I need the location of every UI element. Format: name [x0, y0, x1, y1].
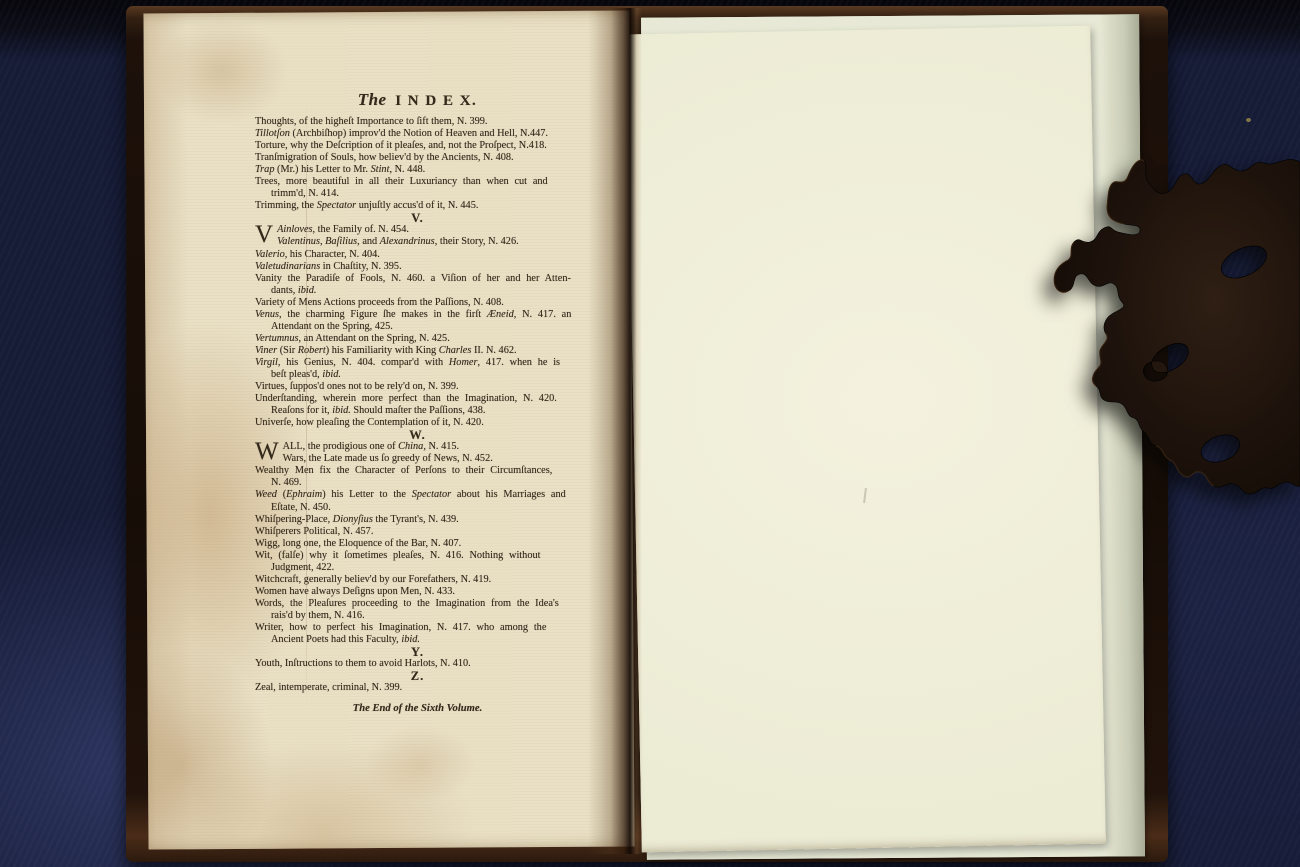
- index-entry-line: Weed (Ephraim) his Letter to the Spectat…: [255, 489, 580, 501]
- text-segment: Tranſmigration of Souls, how believ'd by…: [255, 152, 514, 163]
- page-title: The I N D E X.: [255, 90, 580, 110]
- index-entry-line: dants, ibid.: [255, 285, 580, 297]
- text-segment: Venus: [255, 309, 279, 320]
- text-segment: about his Marriages and: [451, 489, 566, 500]
- index-entry-line: Whiſpering-Place, Dionyſius the Tyrant's…: [255, 514, 580, 526]
- text-segment: , an Attendant on the Spring, N. 425.: [298, 333, 449, 344]
- index-entry-line: Eſtate, N. 450.: [255, 502, 580, 514]
- index-section: Thoughts, of the higheſt Importance to ſ…: [255, 116, 580, 212]
- index-entry-line: Women have always Deſigns upon Men, N. 4…: [255, 586, 580, 598]
- text-segment: , their Story, N. 426.: [435, 236, 519, 247]
- index-entry-line: Judgment, 422.: [255, 562, 580, 574]
- text-segment: Variety of Mens Actions proceeds from th…: [255, 297, 504, 308]
- text-segment: unjuſtly accus'd of it, N. 445.: [356, 200, 478, 211]
- text-segment: Judgment, 422.: [271, 562, 334, 573]
- metal-clasp-svg: [1052, 138, 1300, 498]
- index-entry-line: Reaſons for it, ibid. Should maſter the …: [255, 405, 580, 417]
- text-segment: Trap: [255, 164, 274, 175]
- text-segment: Youth, Inſtructions to them to avoid Har…: [255, 658, 471, 669]
- drop-cap: V: [255, 224, 277, 247]
- index-entry-line: Zeal, intemperate, criminal, N. 399.: [255, 682, 580, 694]
- text-segment: Torture, why the Deſcription of it pleaſ…: [255, 140, 547, 151]
- text-segment: , the Family of. N. 454.: [313, 224, 409, 235]
- index-entry-line: beſt pleas'd, ibid.: [255, 369, 580, 381]
- text-segment: , 417. when he is: [477, 357, 560, 368]
- text-segment: Wit, (falſe) why it ſometimes pleaſes, N…: [255, 550, 540, 561]
- index-entry-line: Trap (Mr.) his Letter to Mr. Stint, N. 4…: [255, 164, 580, 176]
- text-segment: Whiſpering-Place,: [255, 514, 333, 525]
- text-segment: Stint: [371, 164, 390, 175]
- text-segment: Ephraim: [286, 489, 322, 500]
- text-segment: Valentinus: [277, 236, 320, 247]
- text-segment: Witchcraft, generally believ'd by our Fo…: [255, 574, 491, 585]
- text-segment: Wigg, long one, the Eloquence of the Bar…: [255, 538, 461, 549]
- index-entry-line: Valetudinarians in Chaſtity, N. 395.: [255, 261, 580, 273]
- index-entry-line: Virtues, ſuppos'd ones not to be rely'd …: [255, 381, 580, 393]
- text-segment: beſt pleas'd,: [271, 369, 322, 380]
- text-segment: dants,: [271, 285, 298, 296]
- text-segment: Whiſperers Political, N. 457.: [255, 526, 373, 537]
- drop-cap: W: [255, 441, 283, 464]
- section-heading: Z.: [255, 670, 580, 682]
- text-segment: Viner: [255, 345, 277, 356]
- text-segment: , his Genius, N. 404. compar'd with: [278, 357, 449, 368]
- text-segment: N. 469.: [271, 477, 302, 488]
- text-segment: Valerio: [255, 249, 285, 260]
- text-segment: Æneid: [487, 309, 514, 320]
- text-segment: Charles: [439, 345, 472, 356]
- fabric-speck: [1246, 118, 1251, 122]
- text-segment: Alexandrinus: [380, 236, 435, 247]
- index-text-column: The I N D E X. Thoughts, of the higheſt …: [255, 90, 580, 715]
- text-segment: ibid.: [401, 634, 420, 645]
- index-entry-line: Wars, the Late made us ſo greedy of News…: [255, 453, 580, 465]
- text-segment: , N. 417. an: [514, 309, 572, 320]
- index-section: Y.Youth, Inſtructions to them to avoid H…: [255, 646, 580, 670]
- text-segment: , the charming Figure ſhe makes in the f…: [279, 309, 487, 320]
- text-segment: Weed: [255, 489, 277, 500]
- text-segment: Underſtanding, wherein more perfect than…: [255, 393, 557, 404]
- volume-end-note: The End of the Sixth Volume.: [255, 703, 580, 715]
- text-segment: Ainloves: [277, 224, 312, 235]
- index-entry-line: Torture, why the Deſcription of it pleaſ…: [255, 140, 580, 152]
- index-entry-line: Wealthy Men fix the Character of Perſons…: [255, 465, 580, 477]
- index-entry-line: ALL, the prodigious one of China, N. 415…: [255, 441, 580, 453]
- text-segment: Words, the Pleaſures proceeding to the I…: [255, 598, 559, 609]
- text-segment: Vanity the Paradiſe of Fools, N. 460. a …: [255, 273, 571, 284]
- text-segment: Vertumnus: [255, 333, 298, 344]
- section-heading: V.: [255, 212, 580, 224]
- text-segment: ibid.: [322, 369, 341, 380]
- text-segment: rais'd by them, N. 416.: [271, 610, 365, 621]
- text-segment: Virtues, ſuppos'd ones not to be rely'd …: [255, 381, 459, 392]
- index-entry-line: Writer, how to perfect his Imagination, …: [255, 622, 580, 634]
- index-entry-line: Vanity the Paradiſe of Fools, N. 460. a …: [255, 273, 580, 285]
- text-segment: Wars, the Late made us ſo greedy of News…: [283, 453, 493, 464]
- index-entry-line: Variety of Mens Actions proceeds from th…: [255, 297, 580, 309]
- text-segment: (Archbiſhop) improv'd the Notion of Heav…: [290, 128, 548, 139]
- index-entry-line: Witchcraft, generally believ'd by our Fo…: [255, 574, 580, 586]
- title-the: The: [358, 90, 387, 109]
- index-entry-line: trimm'd, N. 414.: [255, 188, 580, 200]
- index-entries: Thoughts, of the higheſt Importance to ſ…: [255, 116, 580, 694]
- text-segment: Tillotſon: [255, 128, 290, 139]
- text-segment: (Sir: [277, 345, 298, 356]
- text-segment: , and: [357, 236, 380, 247]
- index-entry-line: Thoughts, of the higheſt Importance to ſ…: [255, 116, 580, 128]
- index-section: Z.Zeal, intemperate, criminal, N. 399.: [255, 670, 580, 694]
- right-blank-page: [626, 26, 1106, 853]
- index-entry-line: Valentinus, Baſilius, and Alexandrinus, …: [255, 236, 580, 248]
- text-segment: Spectator: [317, 200, 356, 211]
- text-segment: in Chaſtity, N. 395.: [320, 261, 401, 272]
- text-segment: (: [277, 489, 286, 500]
- index-entry-line: Trees, more beautiful in all their Luxur…: [255, 176, 580, 188]
- text-segment: (Mr.) his Letter to Mr.: [274, 164, 370, 175]
- text-segment: Ancient Poets had this Faculty,: [271, 634, 401, 645]
- text-segment: Zeal, intemperate, criminal, N. 399.: [255, 682, 402, 693]
- index-entry-line: Wigg, long one, the Eloquence of the Bar…: [255, 538, 580, 550]
- text-segment: trimm'd, N. 414.: [271, 188, 339, 199]
- text-segment: Women have always Deſigns upon Men, N. 4…: [255, 586, 455, 597]
- index-entry-line: Venus, the charming Figure ſhe makes in …: [255, 309, 580, 321]
- metal-clasp-ornament: [1052, 138, 1300, 498]
- text-segment: , his Character, N. 404.: [285, 249, 380, 260]
- text-segment: Spectator: [412, 489, 451, 500]
- text-segment: ) his Familiarity with King: [326, 345, 439, 356]
- text-segment: Baſilius: [325, 236, 357, 247]
- index-entry-line: Wit, (falſe) why it ſometimes pleaſes, N…: [255, 550, 580, 562]
- text-segment: Trimming, the: [255, 200, 317, 211]
- index-entry-line: Vertumnus, an Attendant on the Spring, N…: [255, 333, 580, 345]
- text-segment: Trees, more beautiful in all their Luxur…: [255, 176, 548, 187]
- text-segment: ) his Letter to the: [322, 489, 412, 500]
- text-segment: Thoughts, of the higheſt Importance to ſ…: [255, 116, 488, 127]
- section-heading: Y.: [255, 646, 580, 658]
- text-segment: Wealthy Men fix the Character of Perſons…: [255, 465, 552, 476]
- section-heading: W.: [255, 429, 580, 441]
- text-segment: Homer: [449, 357, 478, 368]
- index-entry-line: Viner (Sir Robert) his Familiarity with …: [255, 345, 580, 357]
- index-entry-line: Whiſperers Political, N. 457.: [255, 526, 580, 538]
- title-index: I N D E X.: [395, 93, 477, 109]
- index-entry-line: N. 469.: [255, 477, 580, 489]
- index-entry-line: Attendant on the Spring, 425.: [255, 321, 580, 333]
- index-entry-line: Ainloves, the Family of. N. 454.: [255, 224, 580, 236]
- text-segment: Should maſter the Paſſions, 438.: [351, 405, 486, 416]
- index-entry-line: Tranſmigration of Souls, how believ'd by…: [255, 152, 580, 164]
- index-entry-line: Virgil, his Genius, N. 404. compar'd wit…: [255, 357, 580, 369]
- text-segment: Attendant on the Spring, 425.: [271, 321, 393, 332]
- index-entry-line: Words, the Pleaſures proceeding to the I…: [255, 598, 580, 610]
- index-section: V.VAinloves, the Family of. N. 454.Valen…: [255, 212, 580, 429]
- index-entry-line: Underſtanding, wherein more perfect than…: [255, 393, 580, 405]
- text-segment: the Tyrant's, N. 439.: [373, 514, 459, 525]
- text-segment: Eſtate, N. 450.: [271, 502, 331, 513]
- index-entry-line: Tillotſon (Archbiſhop) improv'd the Noti…: [255, 128, 580, 140]
- text-segment: China: [398, 441, 423, 452]
- text-segment: Writer, how to perfect his Imagination, …: [255, 622, 546, 633]
- text-segment: , N. 415.: [423, 441, 459, 452]
- index-entry-line: Valerio, his Character, N. 404.: [255, 249, 580, 261]
- text-segment: Univerſe, how pleaſing the Contemplation…: [255, 417, 484, 428]
- text-segment: ibid.: [332, 405, 351, 416]
- text-segment: Valetudinarians: [255, 261, 320, 272]
- text-segment: Robert: [298, 345, 326, 356]
- index-section: W.WALL, the prodigious one of China, N. …: [255, 429, 580, 646]
- text-segment: , N. 448.: [389, 164, 425, 175]
- text-segment: Reaſons for it,: [271, 405, 332, 416]
- text-segment: Virgil: [255, 357, 278, 368]
- text-segment: Dionyſius: [333, 514, 373, 525]
- index-entry-line: rais'd by them, N. 416.: [255, 610, 580, 622]
- text-segment: II. N. 462.: [471, 345, 516, 356]
- text-segment: ALL, the prodigious one of: [283, 441, 399, 452]
- text-segment: ibid.: [298, 285, 317, 296]
